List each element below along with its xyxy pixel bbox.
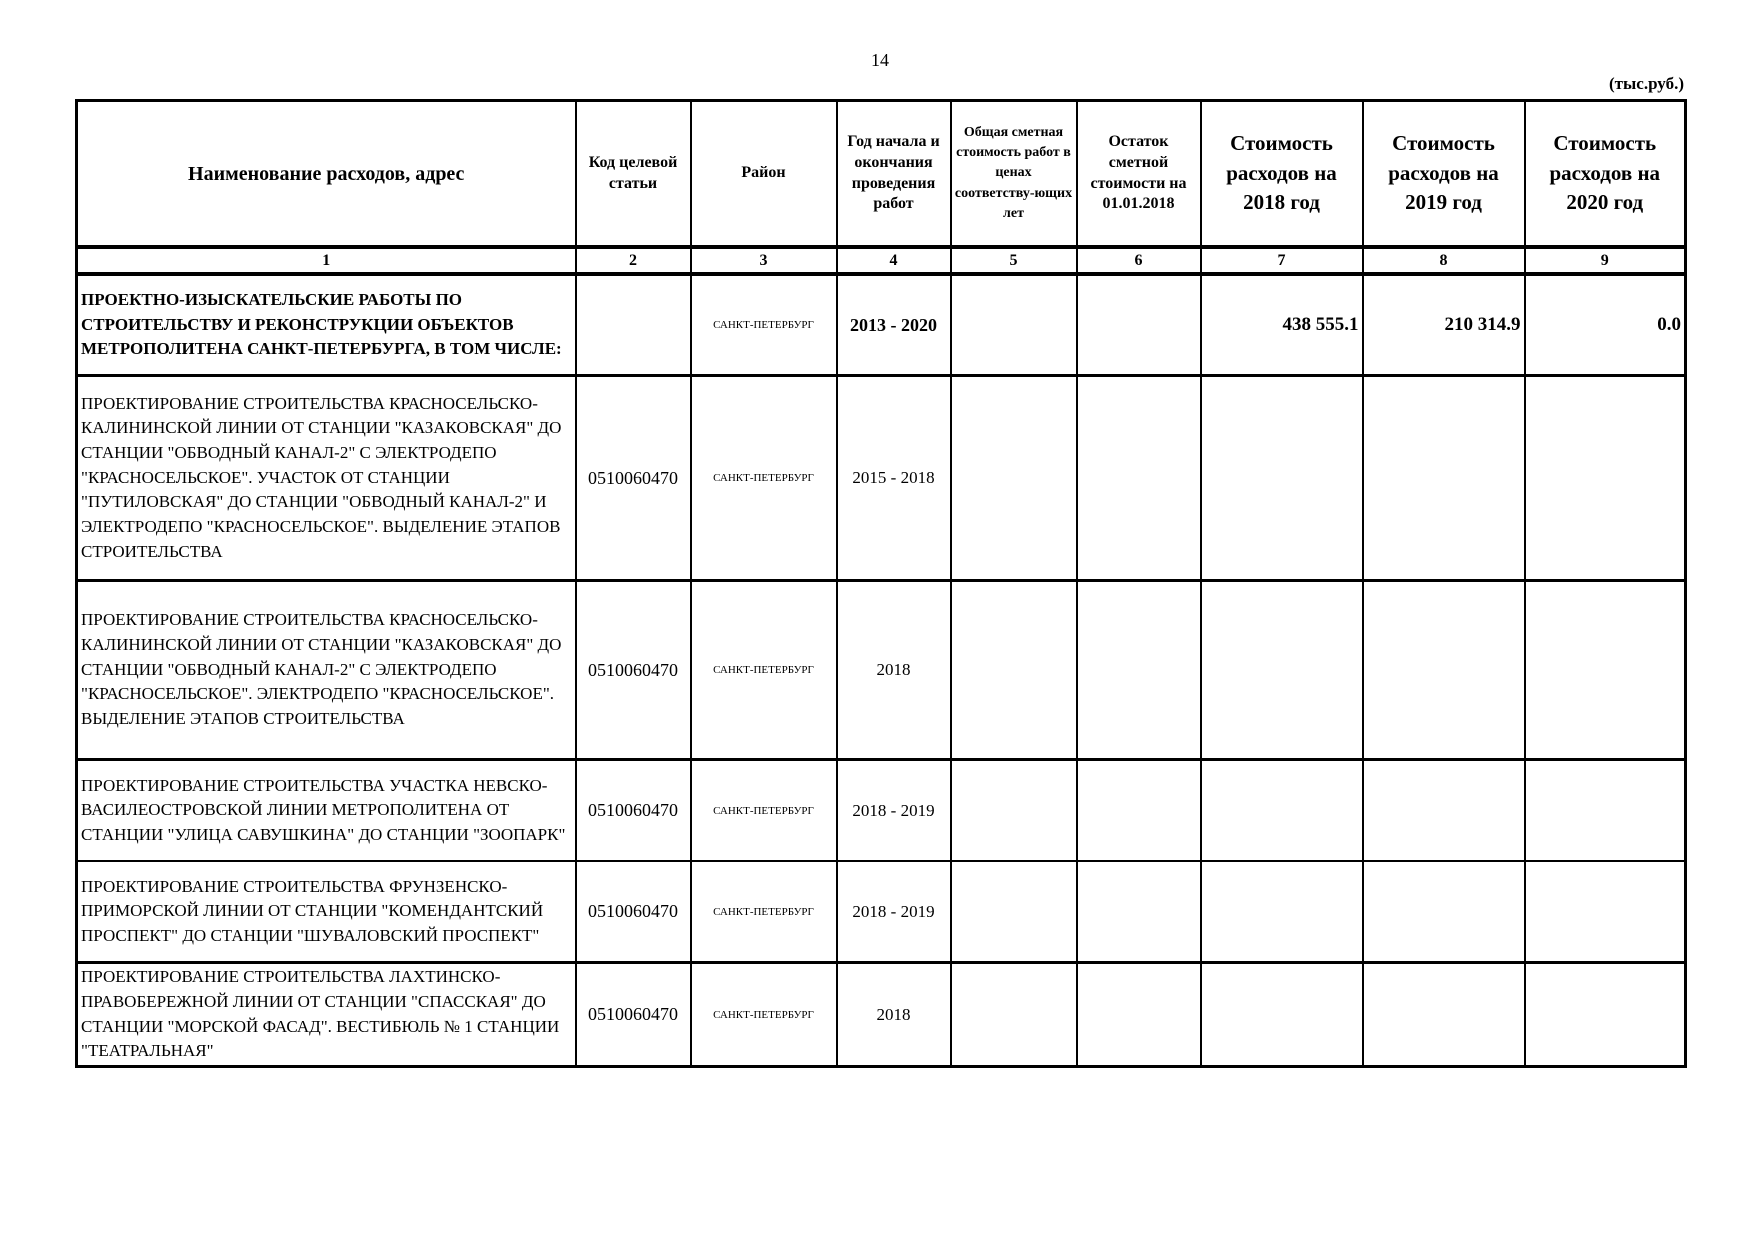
row-cost-2019 bbox=[1363, 861, 1525, 963]
row-code: 0510060470 bbox=[576, 376, 691, 581]
row-cost-2020 bbox=[1525, 963, 1686, 1067]
header-total-cost: Общая сметная стоимость работ в ценах со… bbox=[951, 101, 1077, 248]
row-code: 0510060470 bbox=[576, 760, 691, 862]
row-region: САНКТ-ПЕТЕРБУРГ bbox=[691, 760, 837, 862]
row-years: 2013 - 2020 bbox=[837, 274, 951, 376]
header-code: Код целевой статьи bbox=[576, 101, 691, 248]
row-remaining-cost bbox=[1077, 274, 1201, 376]
row-remaining-cost bbox=[1077, 760, 1201, 862]
column-numbers-row: 1 2 3 4 5 6 7 8 9 bbox=[77, 247, 1686, 274]
header-region: Район bbox=[691, 101, 837, 248]
header-years: Год начала и окончания проведения работ bbox=[837, 101, 951, 248]
table-row: ПРОЕКТИРОВАНИЕ СТРОИТЕЛЬСТВА КРАСНОСЕЛЬС… bbox=[77, 581, 1686, 760]
row-name: ПРОЕКТИРОВАНИЕ СТРОИТЕЛЬСТВА ФРУНЗЕНСКО-… bbox=[77, 861, 576, 963]
column-number: 5 bbox=[951, 247, 1077, 274]
row-cost-2018 bbox=[1201, 963, 1363, 1067]
column-number: 7 bbox=[1201, 247, 1363, 274]
row-region: САНКТ-ПЕТЕРБУРГ bbox=[691, 861, 837, 963]
column-number: 6 bbox=[1077, 247, 1201, 274]
row-cost-2020: 0.0 bbox=[1525, 274, 1686, 376]
header-row: Наименование расходов, адрес Код целевой… bbox=[77, 101, 1686, 248]
row-years: 2018 - 2019 bbox=[837, 760, 951, 862]
header-remaining-cost: Остаток сметной стоимости на 01.01.2018 bbox=[1077, 101, 1201, 248]
row-remaining-cost bbox=[1077, 963, 1201, 1067]
column-number: 2 bbox=[576, 247, 691, 274]
table-row: ПРОЕКТИРОВАНИЕ СТРОИТЕЛЬСТВА ФРУНЗЕНСКО-… bbox=[77, 861, 1686, 963]
row-years: 2015 - 2018 bbox=[837, 376, 951, 581]
row-total-cost bbox=[951, 581, 1077, 760]
row-code bbox=[576, 274, 691, 376]
row-name: ПРОЕКТИРОВАНИЕ СТРОИТЕЛЬСТВА ЛАХТИНСКО-П… bbox=[77, 963, 576, 1067]
row-cost-2018 bbox=[1201, 581, 1363, 760]
row-cost-2019 bbox=[1363, 581, 1525, 760]
table-row: ПРОЕКТИРОВАНИЕ СТРОИТЕЛЬСТВА ЛАХТИНСКО-П… bbox=[77, 963, 1686, 1067]
column-number: 9 bbox=[1525, 247, 1686, 274]
row-name: ПРОЕКТИРОВАНИЕ СТРОИТЕЛЬСТВА КРАСНОСЕЛЬС… bbox=[77, 376, 576, 581]
row-years: 2018 bbox=[837, 963, 951, 1067]
row-cost-2018 bbox=[1201, 861, 1363, 963]
row-cost-2020 bbox=[1525, 861, 1686, 963]
row-total-cost bbox=[951, 760, 1077, 862]
header-cost-2019: Стоимость расходов на 2019 год bbox=[1363, 101, 1525, 248]
row-total-cost bbox=[951, 861, 1077, 963]
column-number: 4 bbox=[837, 247, 951, 274]
row-remaining-cost bbox=[1077, 581, 1201, 760]
row-cost-2019: 210 314.9 bbox=[1363, 274, 1525, 376]
row-total-cost bbox=[951, 376, 1077, 581]
row-region: САНКТ-ПЕТЕРБУРГ bbox=[691, 963, 837, 1067]
row-cost-2019 bbox=[1363, 760, 1525, 862]
row-cost-2019 bbox=[1363, 963, 1525, 1067]
row-remaining-cost bbox=[1077, 376, 1201, 581]
header-name: Наименование расходов, адрес bbox=[77, 101, 576, 248]
row-total-cost bbox=[951, 963, 1077, 1067]
row-cost-2018: 438 555.1 bbox=[1201, 274, 1363, 376]
row-name: ПРОЕКТИРОВАНИЕ СТРОИТЕЛЬСТВА КРАСНОСЕЛЬС… bbox=[77, 581, 576, 760]
header-cost-2020: Стоимость расходов на 2020 год bbox=[1525, 101, 1686, 248]
row-region: САНКТ-ПЕТЕРБУРГ bbox=[691, 274, 837, 376]
row-cost-2018 bbox=[1201, 376, 1363, 581]
table-row: ПРОЕКТИРОВАНИЕ СТРОИТЕЛЬСТВА КРАСНОСЕЛЬС… bbox=[77, 376, 1686, 581]
row-years: 2018 - 2019 bbox=[837, 861, 951, 963]
row-cost-2020 bbox=[1525, 581, 1686, 760]
row-remaining-cost bbox=[1077, 861, 1201, 963]
row-cost-2018 bbox=[1201, 760, 1363, 862]
row-total-cost bbox=[951, 274, 1077, 376]
column-number: 3 bbox=[691, 247, 837, 274]
row-code: 0510060470 bbox=[576, 963, 691, 1067]
header-cost-2018: Стоимость расходов на 2018 год bbox=[1201, 101, 1363, 248]
column-number: 1 bbox=[77, 247, 576, 274]
row-cost-2020 bbox=[1525, 376, 1686, 581]
table-row-group-total: ПРОЕКТНО-ИЗЫСКАТЕЛЬСКИЕ РАБОТЫ ПО СТРОИТ… bbox=[77, 274, 1686, 376]
table-row: ПРОЕКТИРОВАНИЕ СТРОИТЕЛЬСТВА УЧАСТКА НЕВ… bbox=[77, 760, 1686, 862]
row-years: 2018 bbox=[837, 581, 951, 760]
page-number: 14 bbox=[860, 50, 900, 71]
row-code: 0510060470 bbox=[576, 861, 691, 963]
row-name: ПРОЕКТНО-ИЗЫСКАТЕЛЬСКИЕ РАБОТЫ ПО СТРОИТ… bbox=[77, 274, 576, 376]
expenses-table: Наименование расходов, адрес Код целевой… bbox=[75, 99, 1687, 1068]
column-number: 8 bbox=[1363, 247, 1525, 274]
row-region: САНКТ-ПЕТЕРБУРГ bbox=[691, 581, 837, 760]
row-cost-2020 bbox=[1525, 760, 1686, 862]
row-code: 0510060470 bbox=[576, 581, 691, 760]
row-region: САНКТ-ПЕТЕРБУРГ bbox=[691, 376, 837, 581]
row-name: ПРОЕКТИРОВАНИЕ СТРОИТЕЛЬСТВА УЧАСТКА НЕВ… bbox=[77, 760, 576, 862]
row-cost-2019 bbox=[1363, 376, 1525, 581]
units-label: (тыс.руб.) bbox=[1609, 74, 1684, 94]
